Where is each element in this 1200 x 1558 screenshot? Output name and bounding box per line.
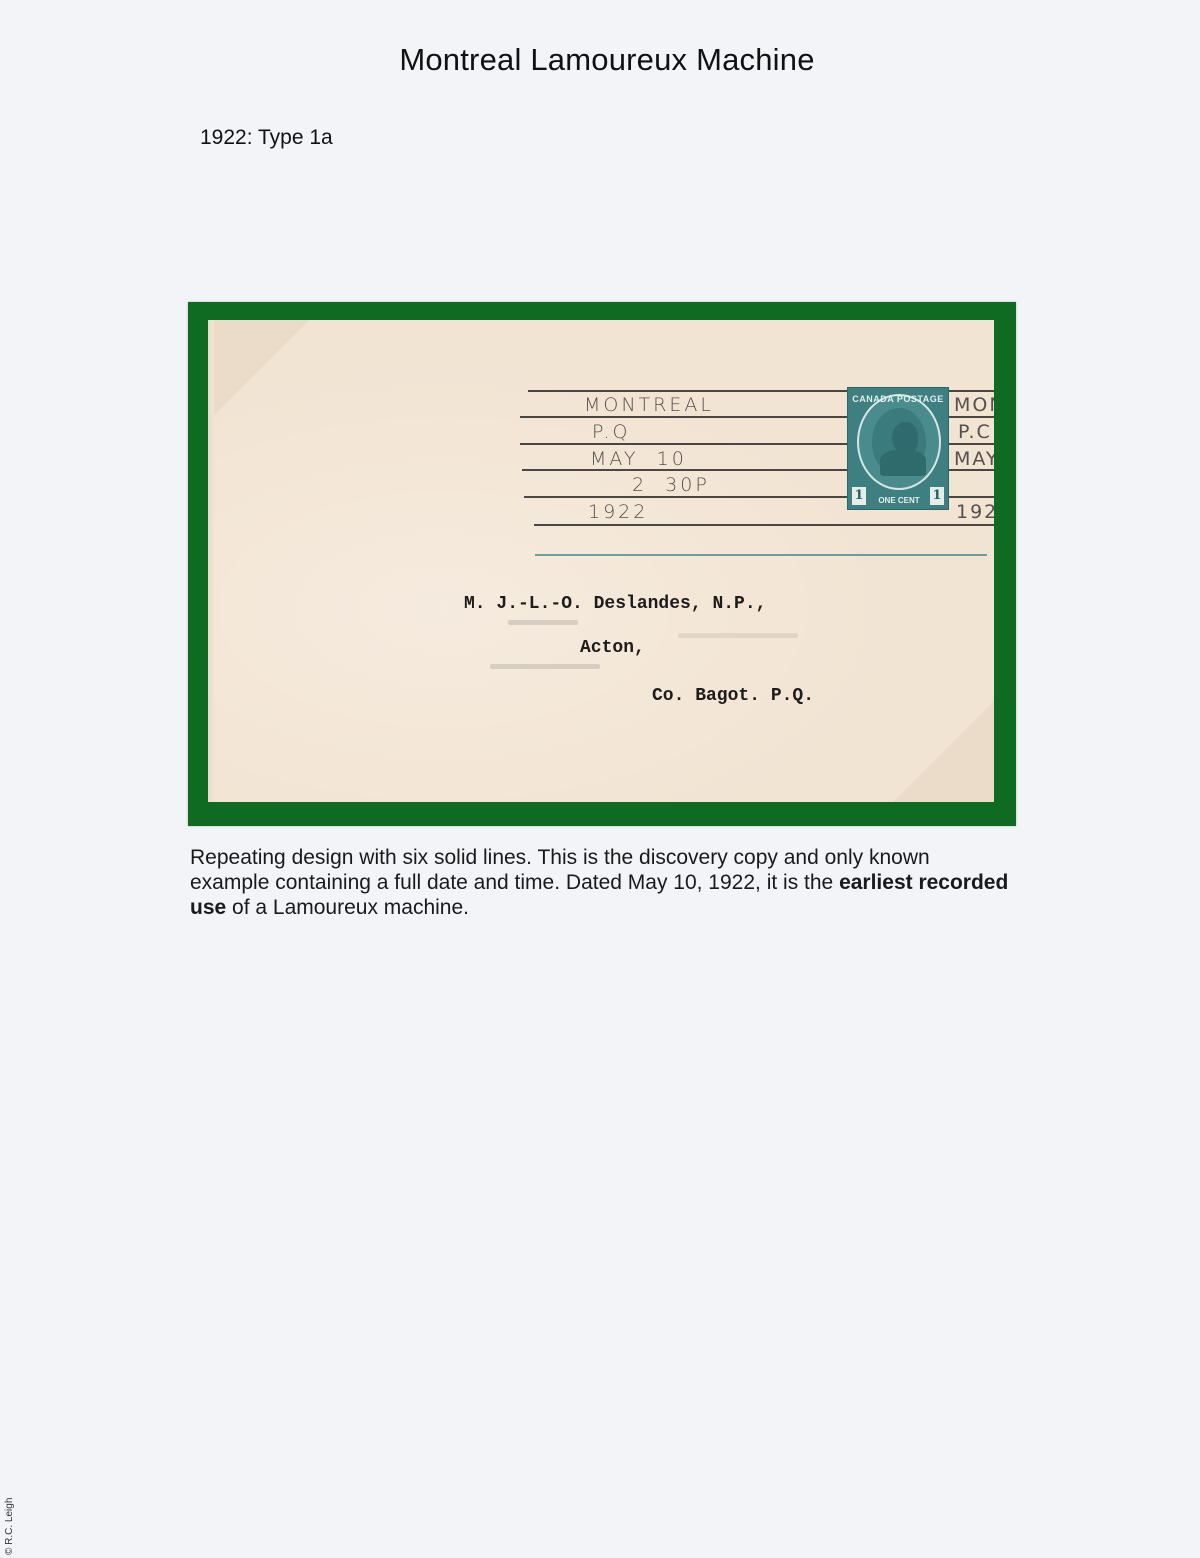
king-shoulders-icon [880, 450, 926, 476]
postmark-time: 2 30P [632, 474, 710, 496]
cancel-line [534, 524, 994, 526]
stamp-value-right: 1 [930, 487, 944, 505]
postmark-date: MAY 10 [590, 448, 687, 470]
stamp-denomination: ONE CENT [870, 496, 928, 505]
stamp-legend: CANADA POSTAGE [848, 394, 948, 404]
address-line-3: Co. Bagot. P.Q. [652, 686, 814, 706]
stamp-indicium: CANADA POSTAGE 1 ONE CENT 1 [847, 387, 949, 510]
postmark-repeat-date: MAY [954, 448, 994, 470]
offset-smudge [508, 620, 578, 625]
postmark-repeat-province: P.C [958, 421, 994, 443]
stamp-value-left: 1 [852, 487, 866, 505]
postmark-province: P.Q [592, 421, 631, 443]
caption-text: Repeating design with six solid lines. T… [190, 846, 930, 894]
card-edge [208, 320, 214, 802]
stamp-oval-frame [857, 394, 941, 490]
postal-card: MONTREAL P.Q MAY 10 2 30P 1922 MON P.C M… [208, 320, 994, 802]
section-subtitle: 1922: Type 1a [200, 126, 333, 150]
postmark-city: MONTREAL [584, 394, 714, 416]
address-line-1: M. J.-L.-O. Deslandes, N.P., [464, 594, 766, 614]
offset-smudge [490, 664, 600, 669]
postmark-repeat-city: MON [954, 394, 994, 416]
page-title: Montreal Lamoureux Machine [0, 42, 1200, 78]
postmark-year: 1922 [588, 501, 648, 523]
offset-smudge [678, 633, 798, 638]
exhibit-caption: Repeating design with six solid lines. T… [190, 845, 1010, 920]
caption-text-end: of a Lamoureux machine. [226, 896, 469, 919]
postmark-repeat-year: 1922 [956, 501, 994, 523]
address-rule [535, 554, 987, 556]
copyright-notice: © R.C. Leigh [4, 1498, 15, 1555]
stamp-portrait [872, 408, 926, 476]
address-line-2: Acton, [580, 638, 645, 658]
